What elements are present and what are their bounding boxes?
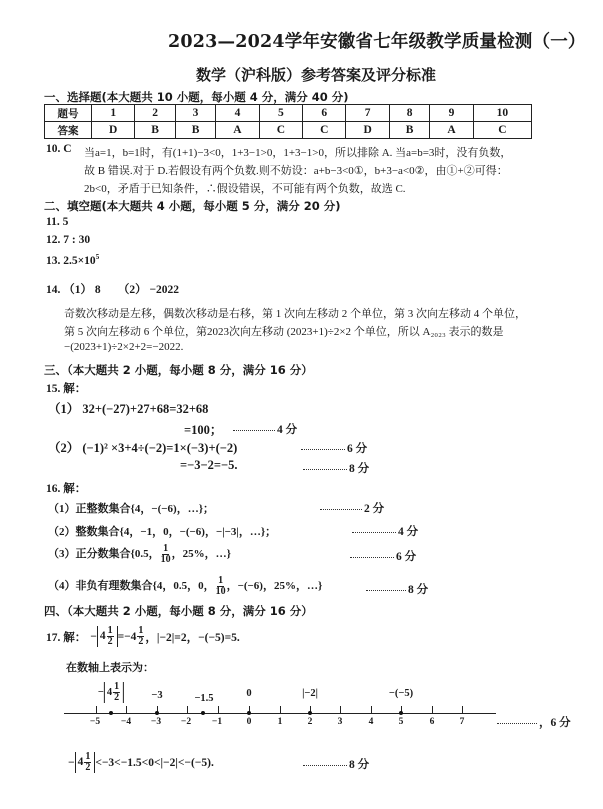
tick-label: −2: [181, 717, 191, 727]
score-value: 8 分: [408, 584, 428, 596]
table-cell: 1: [92, 105, 135, 122]
dotted-leader: [303, 469, 347, 470]
q10-line-3: 2b<0，矛盾于已知条件，∴假设错误，不可能有两个负数，故选 C.: [84, 180, 406, 196]
fraction: 110: [161, 544, 171, 565]
tick: [432, 706, 433, 714]
q14-explain-line-3: −(2023+1)÷2×2+2=−2022.: [64, 341, 183, 353]
table-cell: C: [303, 122, 346, 139]
point-marker: [201, 711, 205, 715]
fraction: 110: [216, 576, 226, 597]
table-cell: 8: [389, 105, 429, 122]
answer-num: 13.: [46, 255, 60, 267]
q17-label: 17. 解：: [46, 629, 86, 645]
tick: [126, 706, 127, 714]
score-value: 4 分: [398, 526, 418, 538]
tick: [371, 706, 372, 714]
table-row-numbers: 题号 1 2 3 4 5 6 7 8 9 10: [45, 105, 532, 122]
score-value: 4 分: [277, 424, 297, 436]
point-label: |−2|: [302, 688, 318, 699]
document-title: 2023—2024学年安徽省七年级教学质量检测（一）: [168, 28, 586, 53]
tick: [96, 706, 97, 714]
table-cell: B: [389, 122, 429, 139]
ordering-line: − 412 <−3<−1.5<0<|−2|<−(−5).: [68, 752, 214, 773]
tick-label: 6: [430, 717, 435, 727]
q14-explain-line-2: 第 5 次向左移动 6 个单位，第2023次向左移动 (2023+1)÷2×2 …: [64, 323, 504, 339]
tick-label: 7: [460, 717, 465, 727]
table-cell: 3: [175, 105, 215, 122]
table-cell: 5: [259, 105, 302, 122]
table-cell: 10: [473, 105, 531, 122]
item-text: （3）正分数集合{0.5，: [48, 548, 160, 560]
ordering-score: 8 分: [303, 756, 369, 772]
section-heading-4: 四、（本大题共 2 小题，每小题 8 分，满分 16 分）: [44, 603, 313, 619]
q10-line-1: 当a=1，b=1时，有(1+1)−3<0，1+3−1>0，1+3−1>0，所以排…: [84, 144, 511, 160]
table-cell: A: [430, 122, 473, 139]
dotted-leader: [301, 449, 345, 450]
q14-explain-line-1: 奇数次移动是左移，偶数次移动是右移，第 1 次向左移动 2 个单位，第 3 次向…: [64, 305, 526, 321]
tick: [218, 706, 219, 714]
q16-item-1: （1）正整数集合{4，−(−6)，…}；: [48, 500, 214, 516]
point-marker: [308, 711, 312, 715]
q10-label: 10. C: [46, 143, 72, 155]
section-heading-multiple-choice: 一、选择题(本大题共 10 小题，每小题 4 分，满分 40 分): [44, 89, 349, 105]
table-cell: 4: [216, 105, 259, 122]
tick-label: 3: [338, 717, 343, 727]
tick-label: 2: [308, 717, 313, 727]
table-cell: C: [473, 122, 531, 139]
q16-item-3-score: 6 分: [350, 548, 416, 564]
section-heading-3: 三、（本大题共 2 小题，每小题 8 分，满分 16 分）: [44, 362, 313, 378]
answer-value: 2.5×10: [63, 255, 95, 267]
q16-item-4-score: 8 分: [366, 581, 428, 597]
score-value: ，6 分: [539, 717, 571, 729]
q15-part1-line1: （1） 32+(−27)+27+68=32+68: [48, 399, 208, 417]
answer-13: 13. 2.5×105: [46, 253, 99, 267]
point-marker: [155, 711, 159, 715]
exponent: 5: [96, 253, 100, 261]
tick-label: −3: [151, 717, 161, 727]
answer-12: 12. 7 : 30: [46, 234, 90, 246]
point-marker: [109, 711, 113, 715]
dotted-leader: [497, 723, 537, 724]
tick: [187, 706, 188, 714]
q16-item-2: （2）整数集合{4，−1，0，−(−6)，−|−3|，…}；: [48, 523, 276, 539]
answer-14: 14. （1） 8 （2） −2022: [46, 281, 179, 297]
answer-11: 11. 5: [46, 216, 68, 228]
q16-item-3: （3）正分数集合{0.5，110，25%，…}: [48, 544, 231, 565]
answer-num: 14.: [46, 284, 60, 296]
tick-label: 4: [369, 717, 374, 727]
table-cell: 6: [303, 105, 346, 122]
answer-num: 11.: [46, 216, 60, 228]
table-cell: D: [92, 122, 135, 139]
table-cell: 2: [135, 105, 175, 122]
row-label: 题号: [45, 105, 92, 122]
table-cell: B: [135, 122, 175, 139]
dotted-leader: [350, 557, 394, 558]
q15-part1-score: 4 分: [233, 421, 297, 437]
tick-label: −5: [90, 717, 100, 727]
document-subtitle: 数学（沪科版）参考答案及评分标准: [196, 64, 436, 85]
score-value: 2 分: [364, 503, 384, 515]
table-cell: A: [216, 122, 259, 139]
answer-value: 5: [63, 216, 69, 228]
tick-label: 1: [278, 717, 283, 727]
answer-table: 题号 1 2 3 4 5 6 7 8 9 10 答案 D B B A C C D…: [44, 104, 532, 139]
q16-item-4: （4）非负有理数集合{4，0.5，0，110，−(−6)，25%，…}: [48, 576, 322, 597]
point-marker: [399, 711, 403, 715]
tick-label: −4: [121, 717, 131, 727]
tick: [462, 706, 463, 714]
absolute-value: 412: [97, 626, 118, 647]
q16-label: 16. 解：: [46, 480, 86, 496]
number-line-caption: 在数轴上表示为：: [66, 659, 154, 675]
q15-part2-line1: （2） (−1)² ×3+4÷(−2)=1×(−3)+(−2): [48, 438, 237, 456]
q15-part2-score2: 8 分: [303, 460, 369, 476]
point-label: 0: [246, 688, 251, 699]
q15-part2-line2: =−3−2=−5.: [180, 458, 238, 473]
answer-num: 12.: [46, 234, 60, 246]
score-value: 8 分: [349, 463, 369, 475]
answer-value: 7 : 30: [63, 234, 90, 246]
tick: [340, 706, 341, 714]
dotted-leader: [320, 509, 362, 510]
item-text: ，−(−6)，25%，…}: [227, 580, 323, 592]
dotted-leader: [352, 532, 396, 533]
row-label: 答案: [45, 122, 92, 139]
score-value: 8 分: [349, 759, 369, 771]
table-cell: 9: [430, 105, 473, 122]
table-cell: C: [259, 122, 302, 139]
q15-part2-score1: 6 分: [301, 440, 367, 456]
tick: [280, 706, 281, 714]
dotted-leader: [303, 765, 347, 766]
q15-label: 15. 解：: [46, 380, 86, 396]
q10-line-2: 故 B 错误.对于 D.若假设有两个负数.则不妨设：a+b−3<0①，b+3−a…: [84, 162, 508, 178]
point-label: −(−5): [389, 688, 413, 699]
dotted-leader: [233, 430, 275, 431]
q17-line-1: 17. 解： − 412 =−4 12 ，|−2|=2，−(−5)=5.: [46, 626, 240, 647]
tick-label: −1: [212, 717, 222, 727]
score-value: 6 分: [396, 551, 416, 563]
table-row-answers: 答案 D B B A C C D B A C: [45, 122, 532, 139]
q16-item-2-score: 4 分: [352, 523, 418, 539]
answer-value: （1） 8 （2） −2022: [63, 284, 179, 296]
table-cell: B: [175, 122, 215, 139]
item-text: （4）非负有理数集合{4，0.5，0，: [48, 580, 215, 592]
item-text: ，25%，…}: [172, 548, 231, 560]
point-label: −3: [151, 690, 162, 701]
point-label-neg-abs-4-half: − 412: [98, 682, 124, 703]
table-cell: D: [346, 122, 389, 139]
tick-label: 0: [247, 717, 252, 727]
section-heading-fill-in: 二、填空题(本大题共 4 小题，每小题 5 分，满分 20 分): [44, 198, 341, 214]
score-value: 6 分: [347, 443, 367, 455]
q16-item-1-score: 2 分: [320, 500, 384, 516]
table-cell: 7: [346, 105, 389, 122]
dotted-leader: [366, 590, 406, 591]
point-marker: [247, 711, 251, 715]
tick-label: 5: [399, 717, 404, 727]
point-label: −1.5: [194, 693, 213, 704]
number-line-score: ，6 分: [497, 714, 571, 730]
q15-part1-line2: =100；: [184, 420, 222, 438]
